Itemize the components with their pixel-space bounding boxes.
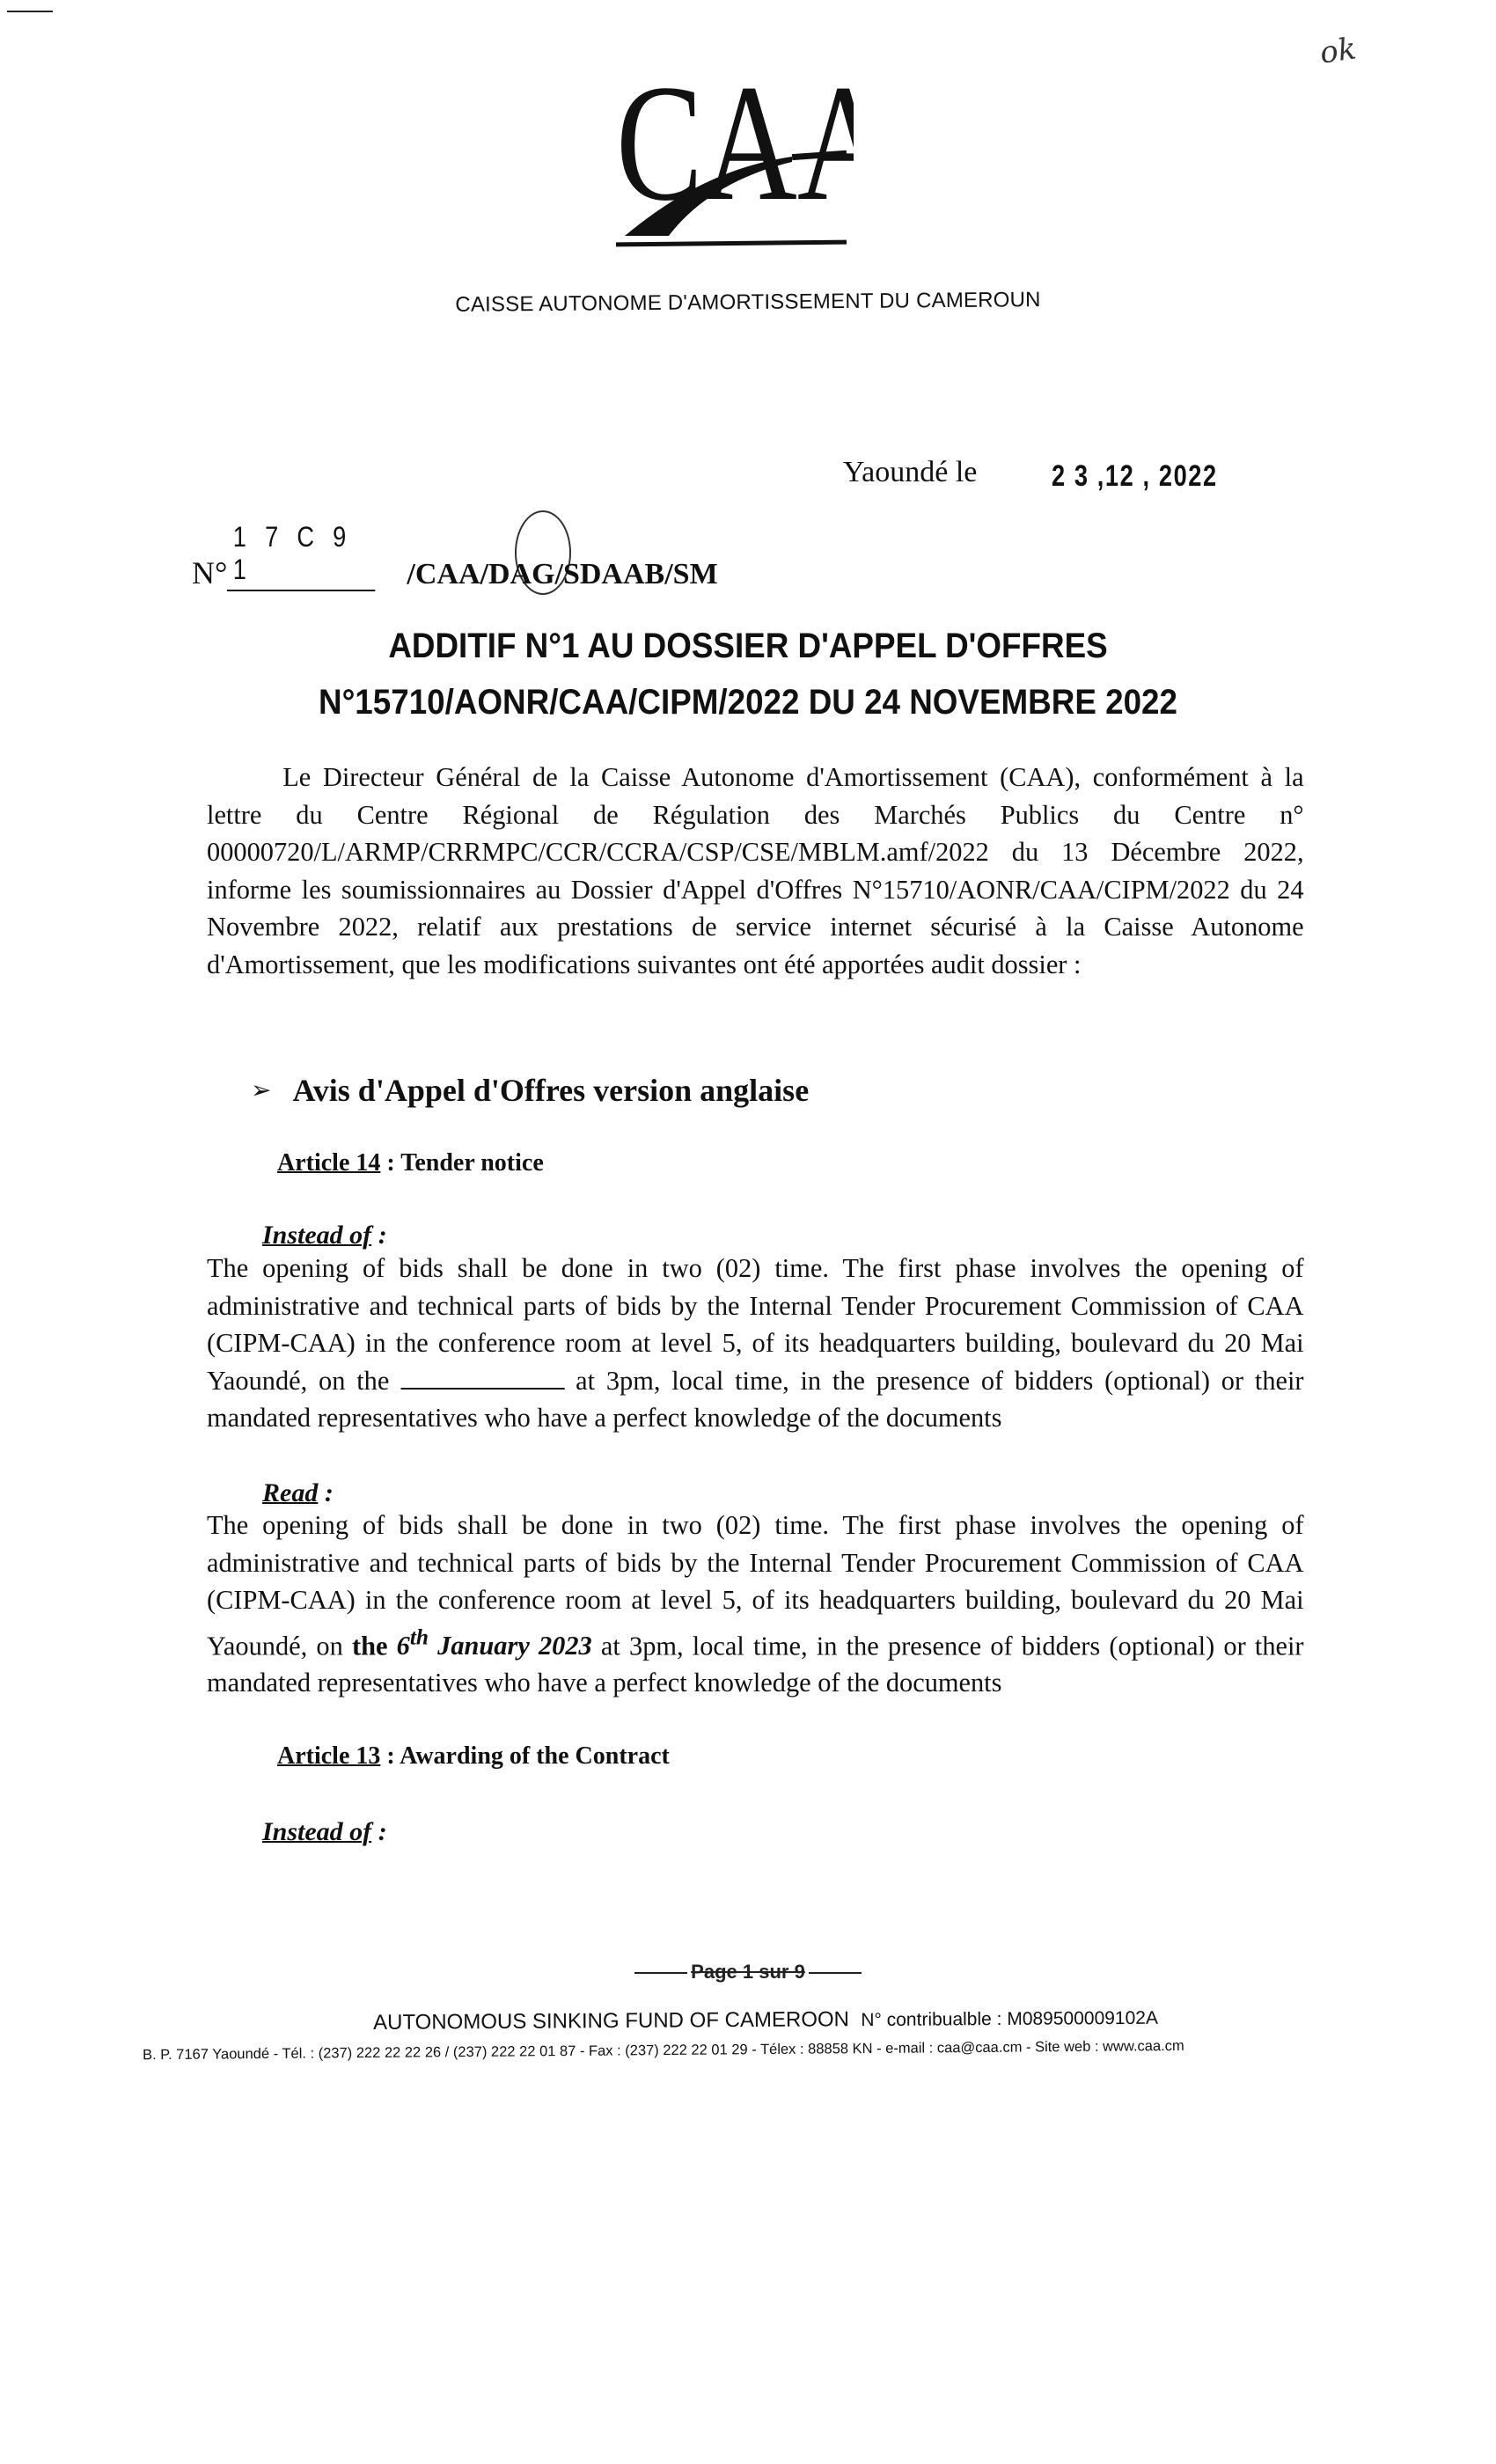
article-14-title: : Tender notice bbox=[380, 1149, 543, 1177]
reference-suffix: /CAA/DAG/SDAAB/SM bbox=[407, 558, 717, 591]
instead-of-label-2: Instead of : bbox=[262, 1817, 387, 1847]
article-13-heading: Article 13 : Awarding of the Contract bbox=[277, 1742, 670, 1771]
article-13-number: Article 13 bbox=[277, 1742, 380, 1770]
footer-taxpayer-number: N° contribualble : M089500009102A bbox=[861, 2008, 1158, 2030]
instead-of-label-1: Instead of : bbox=[262, 1221, 387, 1250]
read-paragraph: The opening of bids shall be done in two… bbox=[207, 1507, 1304, 1702]
reference-number: 1 7 C 9 1 bbox=[227, 521, 375, 591]
document-title-line-1: ADDITIF N°1 AU DOSSIER D'APPEL D'OFFRES bbox=[60, 627, 1436, 666]
read-text: Read bbox=[262, 1478, 318, 1507]
scan-artifact-line bbox=[7, 11, 53, 12]
handwritten-annotation: ok bbox=[1317, 31, 1358, 70]
instead-of-text: Instead of bbox=[262, 1221, 371, 1250]
new-opening-date: the 6th January 2023 bbox=[352, 1630, 592, 1661]
organization-name: CAISSE AUTONOME D'AMORTISSEMENT DU CAMER… bbox=[0, 284, 1496, 322]
intro-paragraph: Le Directeur Général de la Caisse Autono… bbox=[207, 759, 1304, 983]
footer-org-english: AUTONOMOUS SINKING FUND OF CAMEROON bbox=[373, 2007, 849, 2035]
logo-text: CAA bbox=[616, 69, 854, 235]
section-heading-text: Avis d'Appel d'Offres version anglaise bbox=[292, 1072, 809, 1109]
article-13-title: : Awarding of the Contract bbox=[380, 1742, 669, 1770]
read-label: Read : bbox=[262, 1478, 334, 1508]
section-heading: ➢ Avis d'Appel d'Offres version anglaise bbox=[251, 1072, 809, 1109]
instead-of-paragraph: The opening of bids shall be done in two… bbox=[207, 1250, 1304, 1437]
footer-organization: AUTONOMOUS SINKING FUND OF CAMEROON N° c… bbox=[0, 2003, 1496, 2038]
document-title-line-2: N°15710/AONR/CAA/CIPM/2022 DU 24 NOVEMBR… bbox=[60, 683, 1436, 722]
article-14-number: Article 14 bbox=[277, 1149, 380, 1177]
reference-line: N° 1 7 C 9 1 /CAA/DAG/SDAAB/SM bbox=[192, 521, 718, 591]
blank-date-field bbox=[400, 1375, 564, 1390]
place-label: Yaoundé le bbox=[843, 456, 977, 489]
caa-logo-icon: CAA bbox=[616, 69, 854, 258]
footer-contact: B. P. 7167 Yaoundé - Tél. : (237) 222 22… bbox=[143, 2036, 1401, 2064]
caa-logo: CAA bbox=[616, 69, 854, 258]
reference-prefix: N° bbox=[192, 554, 227, 591]
article-14-heading: Article 14 : Tender notice bbox=[277, 1149, 544, 1177]
instead-of-text-2: Instead of bbox=[262, 1817, 371, 1846]
arrowhead-bullet-icon: ➢ bbox=[251, 1075, 271, 1105]
page-indicator: Page 1 sur 9 bbox=[0, 1961, 1496, 1984]
letter-date: 2 3 ,12 , 2022 bbox=[1052, 459, 1218, 494]
